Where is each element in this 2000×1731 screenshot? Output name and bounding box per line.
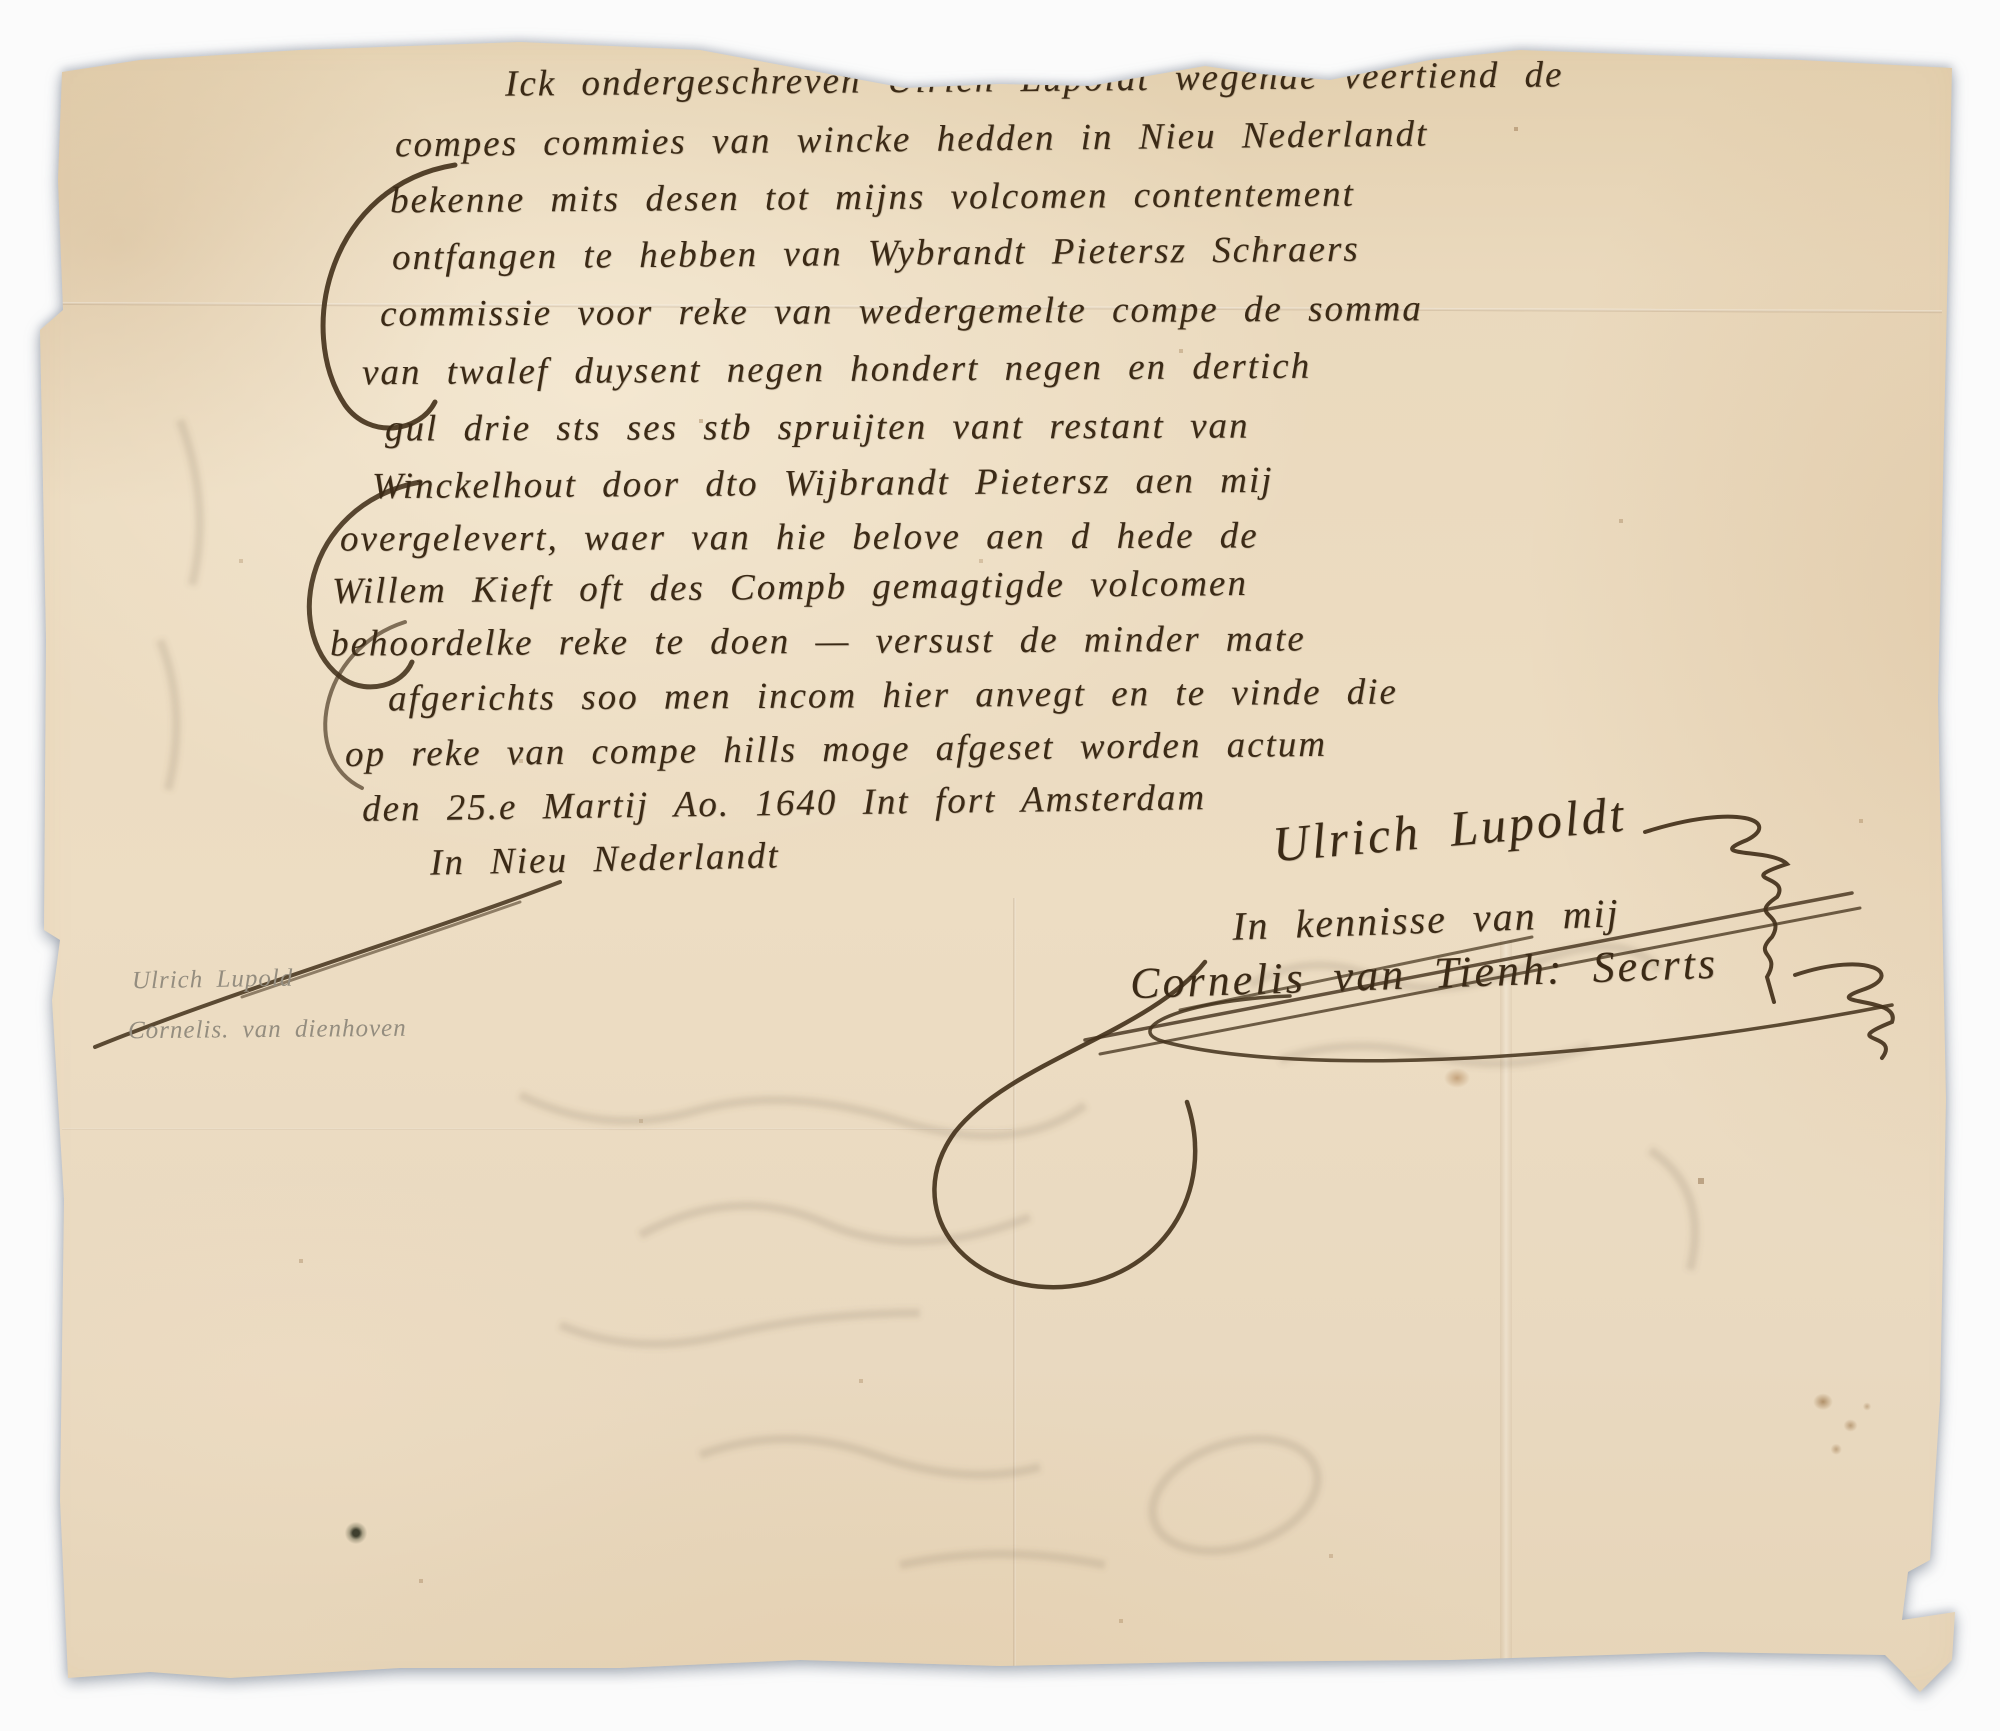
pencil-annotation-ulrich: Ulrich Lupold bbox=[132, 965, 294, 996]
manuscript-line-2: compes commies van wincke hedden in Nieu… bbox=[395, 113, 1429, 167]
vertical-fold-crease-right bbox=[1500, 940, 1512, 1662]
signature-cornelis-van-tienhoven: Cornelis van Tienh: Secrts bbox=[1129, 938, 1719, 1009]
manuscript-line-1: Ick ondergeschreven Ulrich Lupoldt wegen… bbox=[505, 53, 1564, 105]
manuscript-placeline: In Nieu Nederlandt bbox=[430, 834, 781, 884]
manuscript-line-13: op reke van compe hills moge afgeset wor… bbox=[345, 723, 1327, 776]
manuscript-line-7: gul drie sts ses stb spruijten vant rest… bbox=[385, 404, 1250, 450]
brown-speckle-stain bbox=[1790, 1378, 1900, 1473]
manuscript-dateline: den 25.e Martij Ao. 1640 Int fort Amster… bbox=[362, 776, 1207, 831]
manuscript-line-10: Willem Kieft oft des Compb gemagtigde vo… bbox=[332, 562, 1248, 613]
manuscript-line-4: ontfangen te hebben van Wybrandt Pieters… bbox=[392, 228, 1360, 279]
scan-background: Ick ondergeschreven Ulrich Lupoldt wegen… bbox=[0, 0, 2000, 1731]
ink-blot bbox=[341, 1518, 371, 1548]
scanned-manuscript-page: { "scan": { "background_color": "#fbfbfb… bbox=[0, 0, 2000, 1731]
paper-shadow-wrap: Ick ondergeschreven Ulrich Lupoldt wegen… bbox=[0, 0, 2000, 1731]
signature-ulrich-lupoldt: Ulrich Lupoldt bbox=[1270, 785, 1628, 874]
manuscript-line-6: van twalef duysent negen hondert negen e… bbox=[362, 345, 1311, 395]
paper-fiber-specks bbox=[0, 0, 2, 2]
manuscript-line-9: overgelevert, waer van hie belove aen d … bbox=[340, 514, 1259, 560]
manuscript-line-11: behoordelke reke te doen — versust de mi… bbox=[330, 617, 1306, 665]
manuscript-line-8: Winckelhout door dto Wijbrandt Pietersz … bbox=[372, 459, 1274, 508]
attestation-line: In kennisse van mij bbox=[1231, 889, 1620, 950]
manuscript-line-12: afgerichts soo men incom hier anvegt en … bbox=[388, 670, 1398, 720]
manuscript-line-5: commissie voor reke van wedergemelte com… bbox=[380, 287, 1423, 335]
horizontal-fold-crease-middle bbox=[62, 1128, 1012, 1130]
vertical-fold-crease-center bbox=[1013, 898, 1016, 1668]
pencil-annotation-cornelis: Cornelis. van dienhoven bbox=[128, 1015, 407, 1045]
rust-fleck bbox=[1444, 1068, 1470, 1088]
manuscript-paper: Ick ondergeschreven Ulrich Lupoldt wegen… bbox=[0, 0, 2000, 1731]
manuscript-line-3: bekenne mits desen tot mijns volcomen co… bbox=[390, 173, 1355, 223]
